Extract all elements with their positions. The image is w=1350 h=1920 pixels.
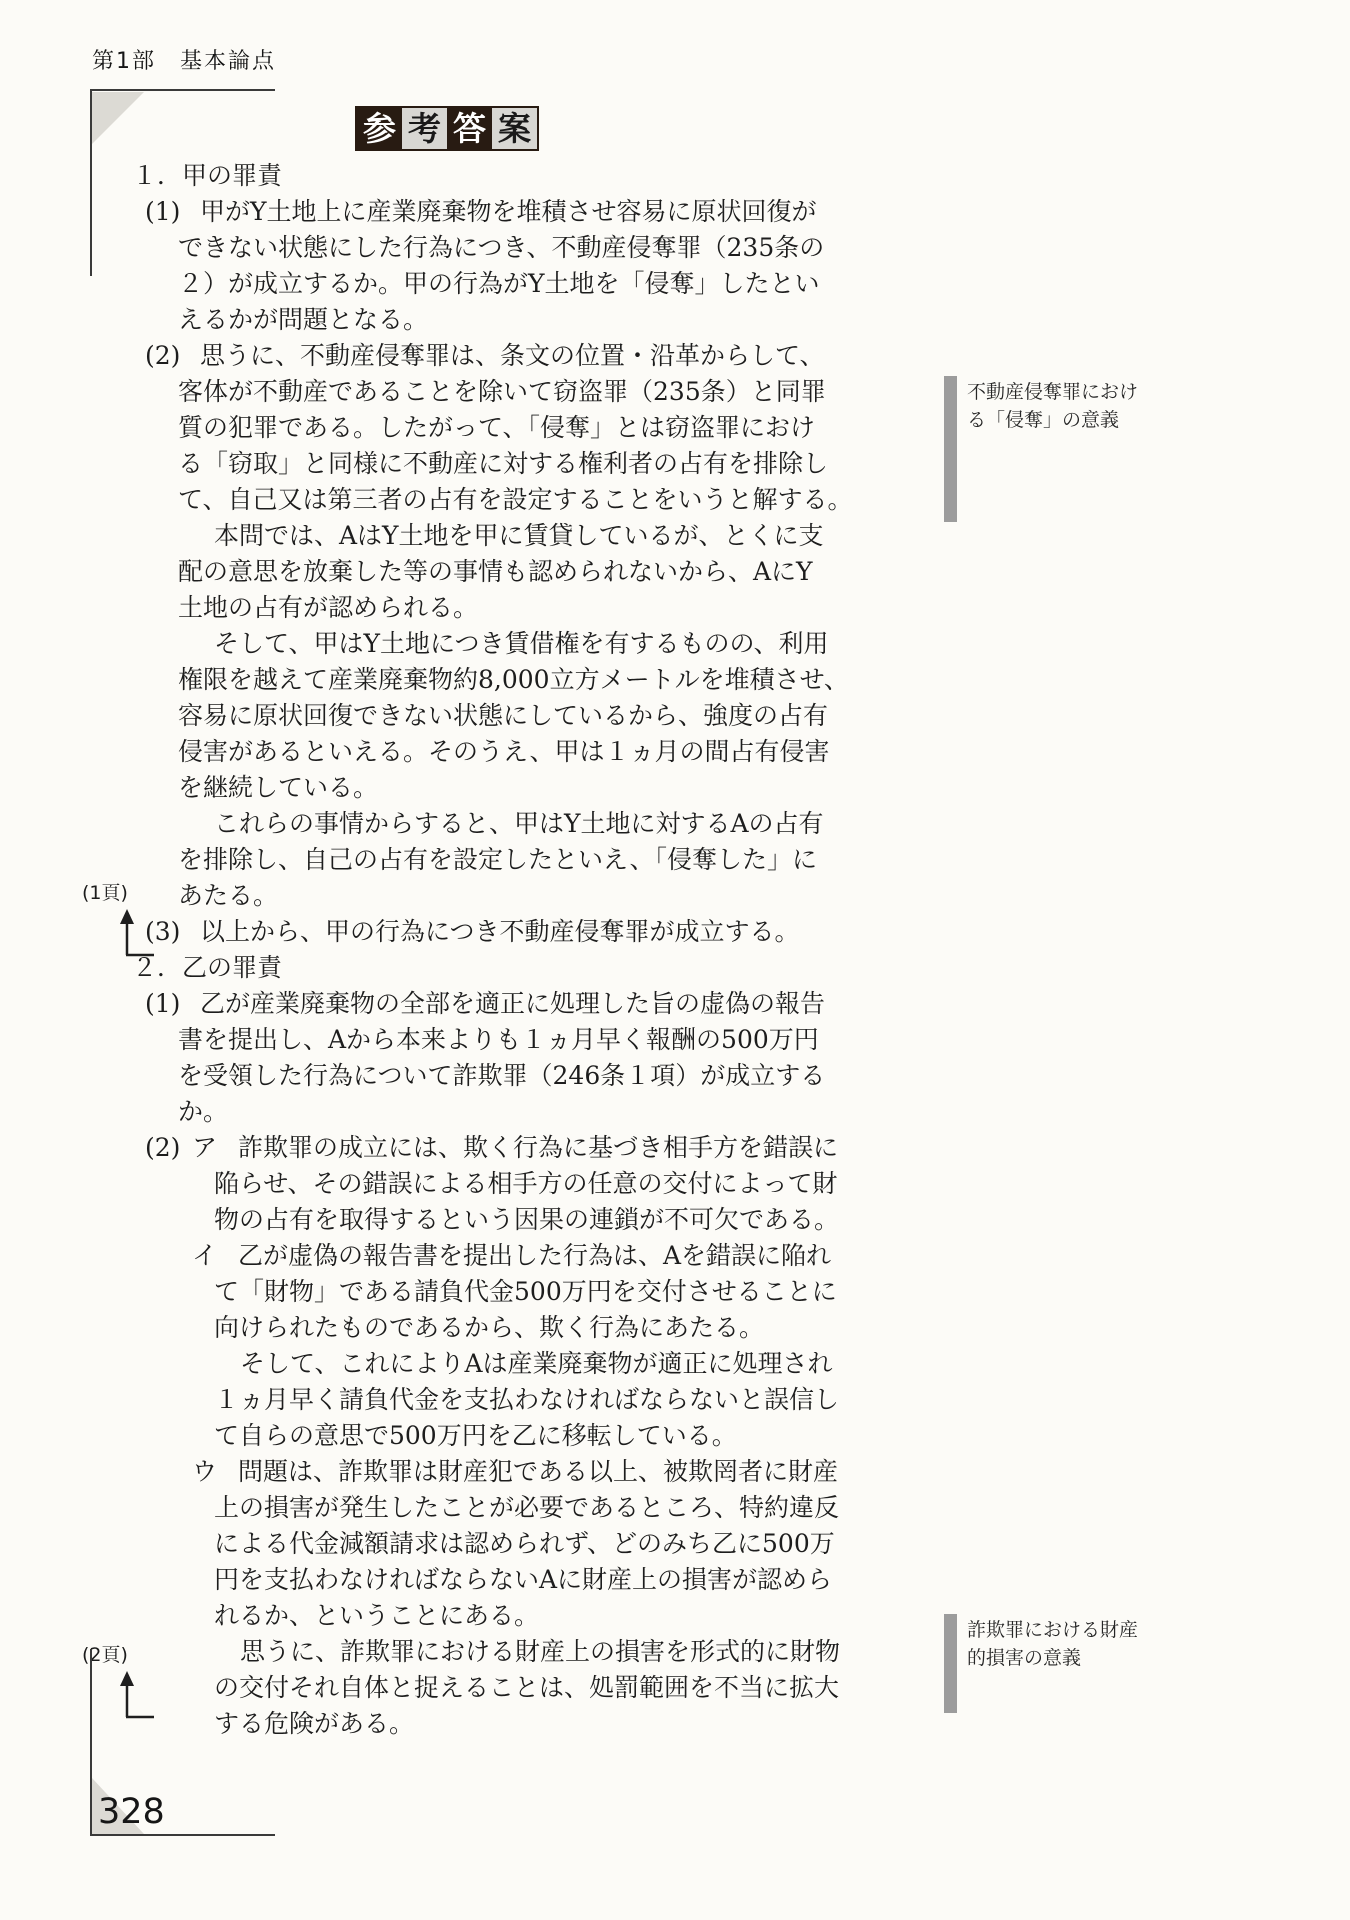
body-line: ２）が成立するか。甲の行為がY土地を「侵奪」したとい — [0, 266, 1350, 302]
body-line: ２．乙の罪責 — [0, 950, 1350, 986]
line-text: て自らの意思で500万円を乙に移転している。 — [214, 1421, 737, 1450]
title-char: 考 — [402, 108, 447, 149]
body-line: る「窃取」と同様に不動産に対する権利者の占有を排除し — [0, 446, 1350, 482]
up-arrow-icon — [110, 909, 156, 963]
body-line: 物の占有を取得するという因果の連鎖が不可欠である。 — [0, 1202, 1350, 1238]
body-line: あたる。 — [0, 878, 1350, 914]
page-number: 328 — [98, 1792, 165, 1832]
body-line: 容易に原状回復できない状態にしているから、強度の占有 — [0, 698, 1350, 734]
page-break-marker: (2頁) — [82, 1640, 172, 1725]
line-text: 甲がY土地上に産業廃棄物を堆積させ容易に原状回復が — [200, 197, 817, 226]
margin-note-line: 詐欺罪における財産 — [967, 1616, 1138, 1644]
body-line: 思うに、詐欺罪における財産上の損害を形式的に財物 — [0, 1634, 1350, 1670]
body-line: えるかが問題となる。 — [0, 302, 1350, 338]
line-text: あたる。 — [178, 881, 278, 910]
margin-note: 不動産侵奪罪における「侵奪」の意義 — [944, 376, 1138, 522]
line-text: 質の犯罪である。したがって、「侵奪」とは窃盗罪におけ — [178, 413, 815, 442]
body-line: イ乙が虚偽の報告書を提出した行為は、Aを錯誤に陥れ — [0, 1238, 1350, 1274]
line-text: 向けられたものであるから、欺く行為にあたる。 — [214, 1313, 764, 1342]
title-char: 案 — [492, 108, 537, 149]
bottom-left-vertical-rule — [90, 1649, 92, 1836]
title-char: 参 — [357, 108, 402, 149]
body-line: (2)ア詐欺罪の成立には、欺く行為に基づき相手方を錯誤に — [0, 1130, 1350, 1166]
line-text: これらの事情からすると、甲はY土地に対するAの占有 — [214, 809, 824, 838]
item-marker: (1) — [145, 986, 200, 1022]
body-line: そして、これによりAは産業廃棄物が適正に処理され — [0, 1346, 1350, 1382]
body-line: (1)乙が産業廃棄物の全部を適正に処理した旨の虚偽の報告 — [0, 986, 1350, 1022]
line-text: 思うに、不動産侵奪罪は、条文の位置・沿革からして、 — [200, 341, 825, 370]
margin-note-text: 不動産侵奪罪における「侵奪」の意義 — [967, 376, 1138, 522]
line-text: １．甲の罪責 — [132, 161, 282, 190]
title-char: 答 — [447, 108, 492, 149]
body-line: 権限を越えて産業廃棄物約8,000立方メートルを堆積させ、 — [0, 662, 1350, 698]
line-text: を排除し、自己の占有を設定したといえ、「侵奪した」に — [178, 845, 817, 874]
body-line: 客体が不動産であることを除いて窃盗罪（235条）と同罪 — [0, 374, 1350, 410]
line-text: を継続している。 — [178, 773, 378, 802]
item-marker: (1) — [145, 194, 200, 230]
body-line: 土地の占有が認められる。 — [0, 590, 1350, 626]
line-text: 客体が不動産であることを除いて窃盗罪（235条）と同罪 — [178, 377, 826, 406]
body-line: による代金減額請求は認められず、どのみち乙に500万 — [0, 1526, 1350, 1562]
item-marker: (2) — [145, 1130, 192, 1166]
line-text: を受領した行為について詐欺罪（246条１項）が成立する — [178, 1061, 825, 1090]
item-marker: (2) — [145, 338, 200, 374]
margin-note: 詐欺罪における財産的損害の意義 — [944, 1614, 1138, 1713]
header-rule — [90, 89, 275, 91]
line-text: 土地の占有が認められる。 — [178, 593, 478, 622]
margin-note-text: 詐欺罪における財産的損害の意義 — [967, 1614, 1138, 1713]
line-text: ２）が成立するか。甲の行為がY土地を「侵奪」したとい — [178, 269, 820, 298]
sub-item-marker: ウ — [192, 1454, 238, 1490]
line-text: そして、甲はY土地につき賃借権を有するものの、利用 — [214, 629, 829, 658]
margin-note-line: 的損害の意義 — [967, 1644, 1138, 1672]
page-break-label: (1頁) — [82, 878, 172, 905]
body-line: て、自己又は第三者の占有を設定することをいうと解する。 — [0, 482, 1350, 518]
line-text: 思うに、詐欺罪における財産上の損害を形式的に財物 — [240, 1637, 840, 1666]
body-line: 向けられたものであるから、欺く行為にあたる。 — [0, 1310, 1350, 1346]
body-line: を排除し、自己の占有を設定したといえ、「侵奪した」に — [0, 842, 1350, 878]
line-text: えるかが問題となる。 — [178, 305, 428, 334]
line-text: できない状態にした行為につき、不動産侵奪罪（235条の — [178, 233, 824, 262]
body-line: て自らの意思で500万円を乙に移転している。 — [0, 1418, 1350, 1454]
line-text: 物の占有を取得するという因果の連鎖が不可欠である。 — [214, 1205, 839, 1234]
line-text: 本問では、AはY土地を甲に賃貸しているが、とくに支 — [214, 521, 824, 550]
line-text: そして、これによりAは産業廃棄物が適正に処理され — [240, 1349, 833, 1378]
body-line: を受領した行為について詐欺罪（246条１項）が成立する — [0, 1058, 1350, 1094]
sub-item-marker: ア — [192, 1130, 238, 1166]
body-line: ウ問題は、詐欺罪は財産犯である以上、被欺罔者に財産 — [0, 1454, 1350, 1490]
body-line: １．甲の罪責 — [0, 158, 1350, 194]
line-text: 容易に原状回復できない状態にしているから、強度の占有 — [178, 701, 828, 730]
body-line: の交付それ自体と捉えることは、処罰範囲を不当に拡大 — [0, 1670, 1350, 1706]
line-text: の交付それ自体と捉えることは、処罰範囲を不当に拡大 — [214, 1673, 839, 1702]
bottom-rule — [90, 1834, 275, 1836]
body-line: 上の損害が発生したことが必要であるところ、特約違反 — [0, 1490, 1350, 1526]
body-line: 質の犯罪である。したがって、「侵奪」とは窃盗罪におけ — [0, 410, 1350, 446]
sub-item-marker: イ — [192, 1238, 238, 1274]
model-answer-title: 参考答案 — [355, 106, 539, 151]
line-text: 侵害があるといえる。そのうえ、甲は１ヵ月の間占有侵害 — [178, 737, 830, 766]
line-text: 円を支払わなければならないAに財産上の損害が認めら — [214, 1565, 832, 1594]
line-text: 配の意思を放棄した等の事情も認められないから、AにY — [178, 557, 813, 586]
body-line: 侵害があるといえる。そのうえ、甲は１ヵ月の間占有侵害 — [0, 734, 1350, 770]
line-text: による代金減額請求は認められず、どのみち乙に500万 — [214, 1529, 835, 1558]
margin-note-bar — [944, 376, 957, 522]
textbook-page: 第1部 基本論点 参考答案 １．甲の罪責(1)甲がY土地上に産業廃棄物を堆積させ… — [0, 0, 1350, 1920]
page-break-marker: (1頁) — [82, 878, 172, 963]
margin-note-line: 不動産侵奪罪におけ — [967, 378, 1138, 406]
line-text: 以上から、甲の行為につき不動産侵奪罪が成立する。 — [200, 917, 800, 946]
top-left-corner-triangle — [92, 92, 144, 144]
line-text: 詐欺罪の成立には、欺く行為に基づき相手方を錯誤に — [238, 1133, 838, 1162]
body-line: (3)以上から、甲の行為につき不動産侵奪罪が成立する。 — [0, 914, 1350, 950]
up-arrow-icon — [110, 1671, 156, 1725]
body-line: １ヵ月早く請負代金を支払わなければならないと誤信し — [0, 1382, 1350, 1418]
line-text: する危険がある。 — [214, 1709, 414, 1738]
body-line: (1)甲がY土地上に産業廃棄物を堆積させ容易に原状回復が — [0, 194, 1350, 230]
body-line: 陥らせ、その錯誤による相手方の任意の交付によって財 — [0, 1166, 1350, 1202]
margin-note-line: る「侵奪」の意義 — [967, 406, 1138, 434]
line-text: 乙が産業廃棄物の全部を適正に処理した旨の虚偽の報告 — [200, 989, 825, 1018]
line-text: 問題は、詐欺罪は財産犯である以上、被欺罔者に財産 — [238, 1457, 838, 1486]
body-line: (2)思うに、不動産侵奪罪は、条文の位置・沿革からして、 — [0, 338, 1350, 374]
line-text: 陥らせ、その錯誤による相手方の任意の交付によって財 — [214, 1169, 838, 1198]
body-line: できない状態にした行為につき、不動産侵奪罪（235条の — [0, 230, 1350, 266]
margin-note-bar — [944, 1614, 957, 1713]
line-text: か。 — [178, 1097, 228, 1126]
body-line: そして、甲はY土地につき賃借権を有するものの、利用 — [0, 626, 1350, 662]
line-text: て、自己又は第三者の占有を設定することをいうと解する。 — [178, 485, 853, 514]
chapter-header: 第1部 基本論点 — [92, 44, 276, 75]
line-text: １ヵ月早く請負代金を支払わなければならないと誤信し — [214, 1385, 839, 1414]
body-line: か。 — [0, 1094, 1350, 1130]
body-line: これらの事情からすると、甲はY土地に対するAの占有 — [0, 806, 1350, 842]
body-line: する危険がある。 — [0, 1706, 1350, 1742]
line-text: 権限を越えて産業廃棄物約8,000立方メートルを堆積させ、 — [178, 665, 849, 694]
answer-body: １．甲の罪責(1)甲がY土地上に産業廃棄物を堆積させ容易に原状回復ができない状態… — [0, 158, 1350, 1742]
body-line: れるか、ということにある。 — [0, 1598, 1350, 1634]
line-text: 乙が虚偽の報告書を提出した行為は、Aを錯誤に陥れ — [238, 1241, 831, 1270]
line-text: 上の損害が発生したことが必要であるところ、特約違反 — [214, 1493, 839, 1522]
body-line: を継続している。 — [0, 770, 1350, 806]
body-line: 書を提出し、Aから本来よりも１ヵ月早く報酬の500万円 — [0, 1022, 1350, 1058]
line-text: る「窃取」と同様に不動産に対する権利者の占有を排除し — [178, 449, 828, 478]
line-text: れるか、ということにある。 — [214, 1601, 539, 1630]
body-line: 本問では、AはY土地を甲に賃貸しているが、とくに支 — [0, 518, 1350, 554]
line-text: て「財物」である請負代金500万円を交付させることに — [214, 1277, 837, 1306]
body-line: 円を支払わなければならないAに財産上の損害が認めら — [0, 1562, 1350, 1598]
body-line: て「財物」である請負代金500万円を交付させることに — [0, 1274, 1350, 1310]
line-text: 書を提出し、Aから本来よりも１ヵ月早く報酬の500万円 — [178, 1025, 819, 1054]
body-line: 配の意思を放棄した等の事情も認められないから、AにY — [0, 554, 1350, 590]
page-break-label: (2頁) — [82, 1640, 172, 1667]
